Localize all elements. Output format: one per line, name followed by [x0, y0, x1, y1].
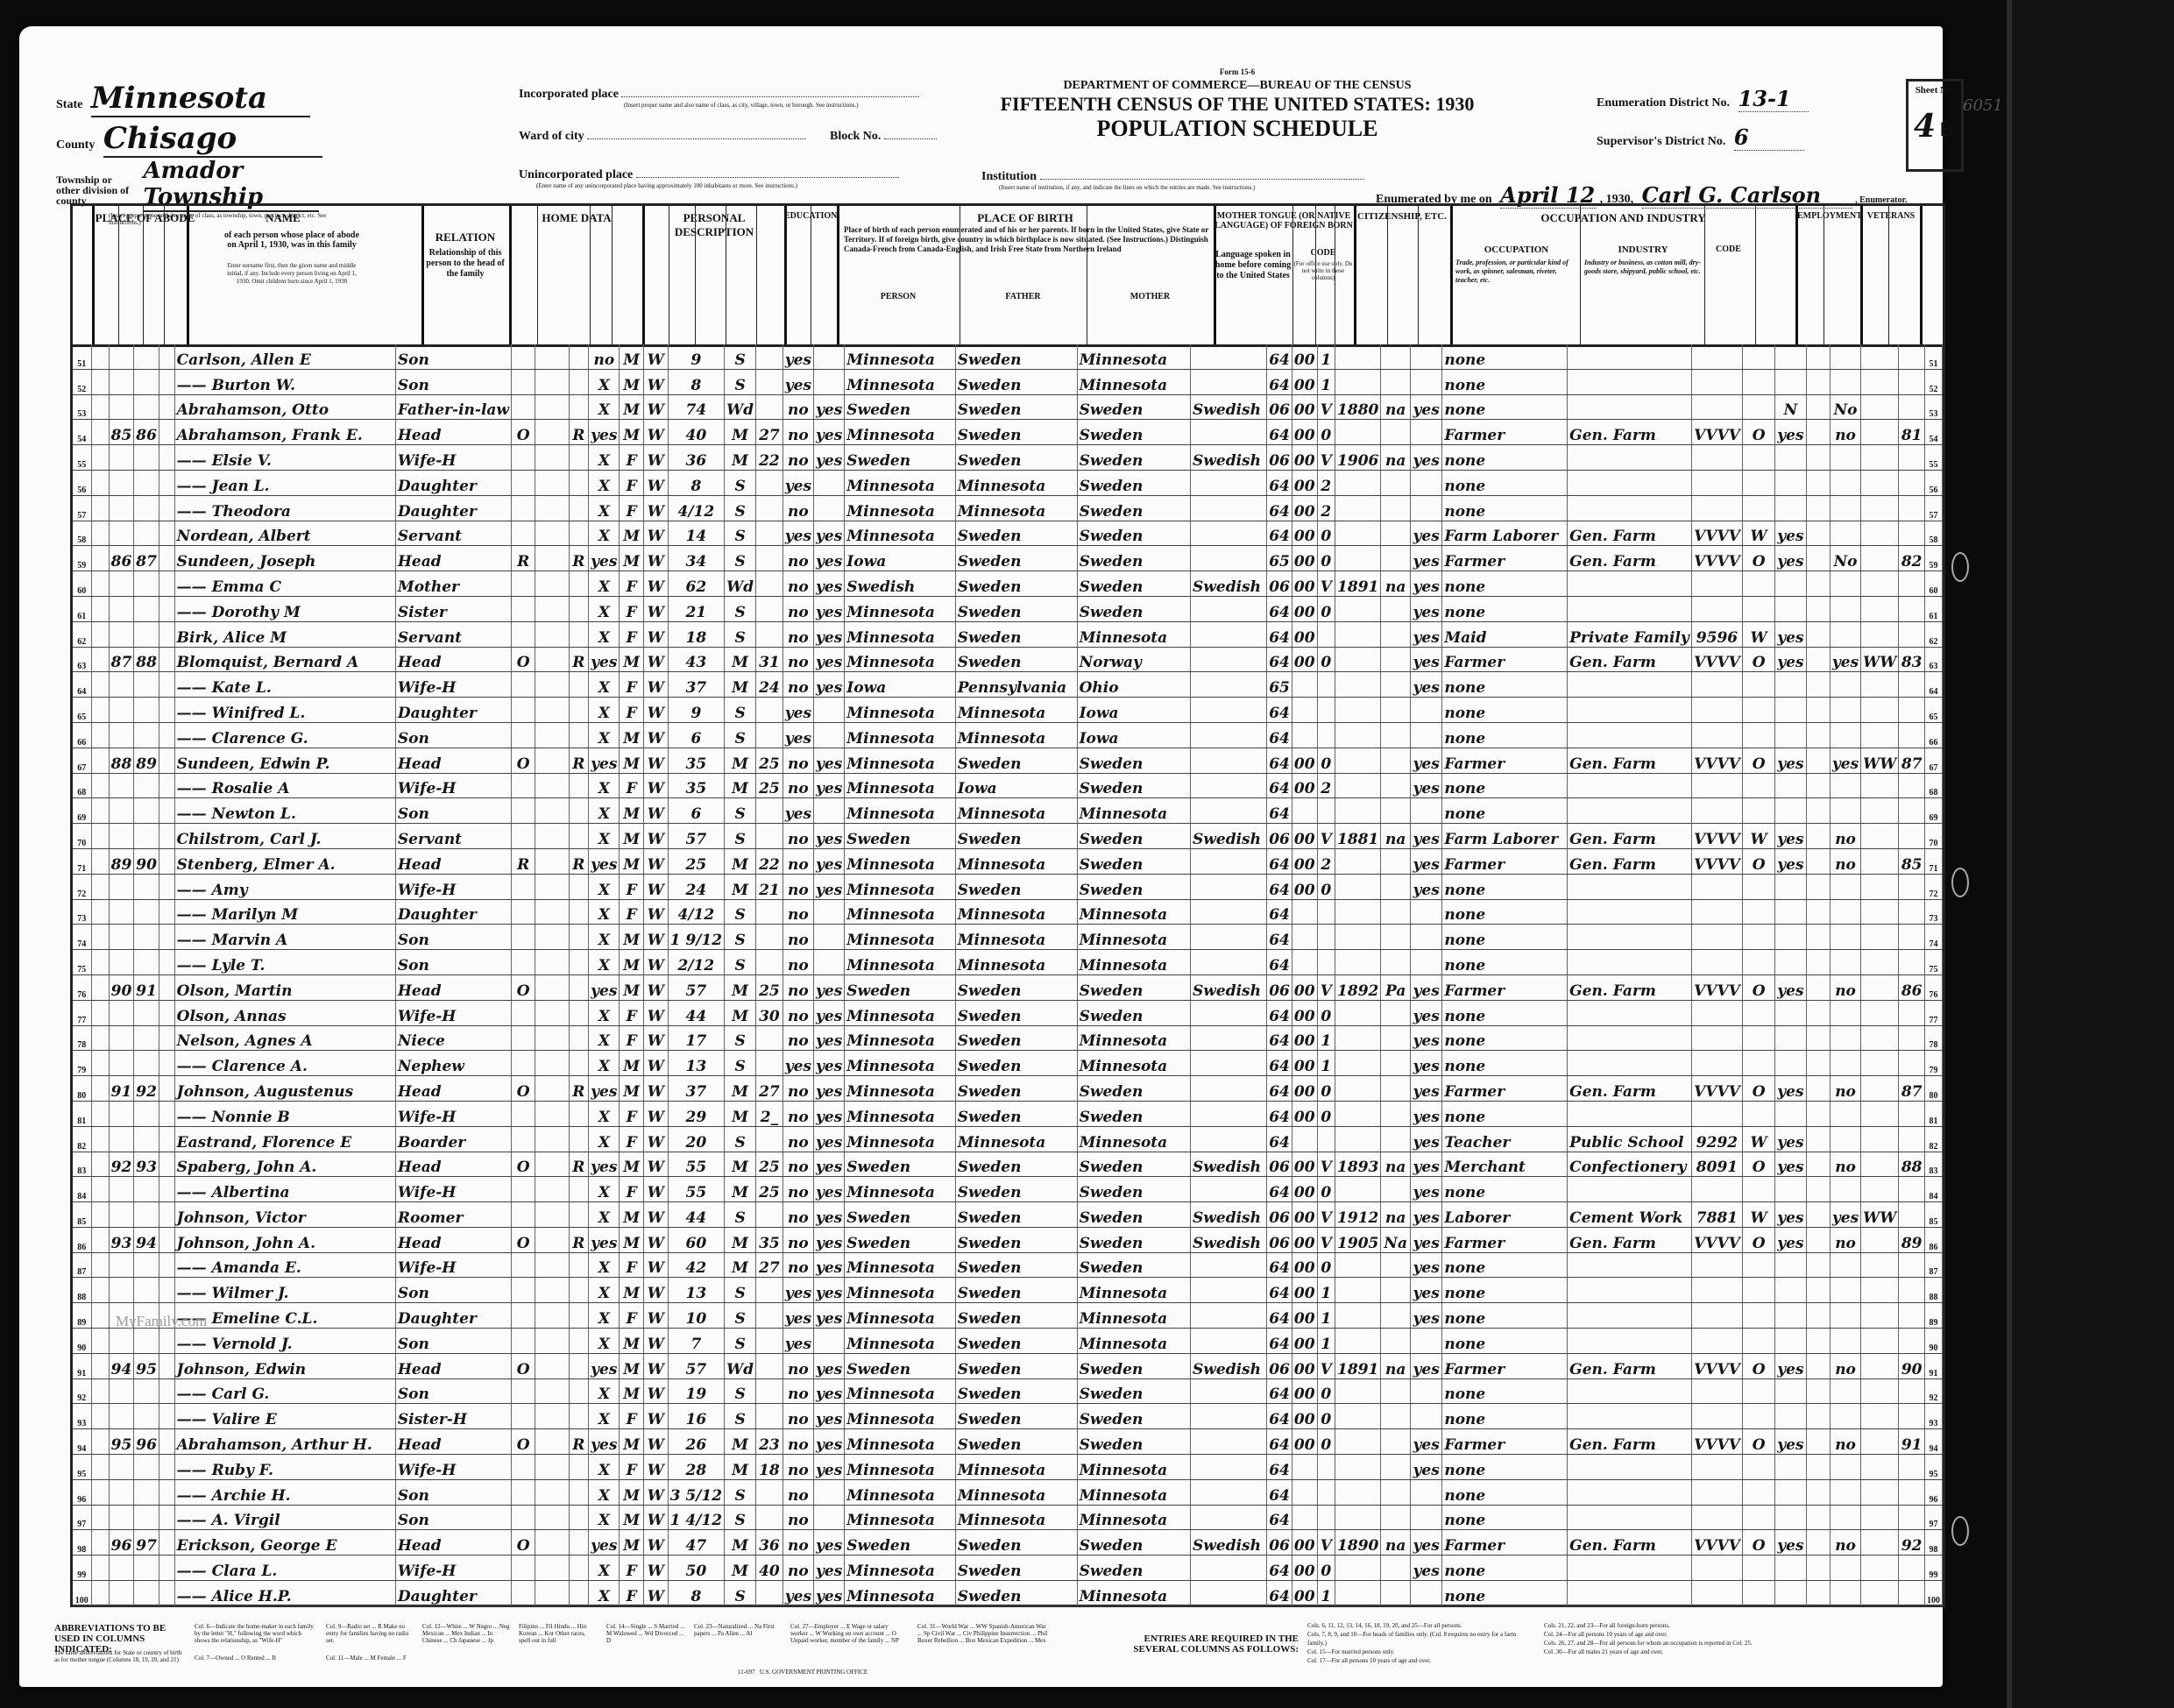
cell-code	[1692, 899, 1743, 925]
cell-work: yes	[1775, 546, 1806, 571]
cell-line: 51	[1925, 344, 1943, 369]
cell-farm: X	[589, 773, 620, 798]
cell-nat	[1381, 1429, 1411, 1455]
cell-age: 6	[668, 722, 724, 748]
cell-race: W	[643, 596, 668, 621]
cell-cb: 00	[1292, 1329, 1317, 1354]
cell-unemp	[1806, 344, 1830, 369]
cell-age: 60	[668, 1227, 724, 1252]
cell-radio	[569, 596, 589, 621]
unincorporated-place-field: Unincorporated place (Enter name of any …	[519, 168, 899, 189]
cell-age: 8	[668, 470, 724, 495]
supervisor-district-field: Supervisor's District No. 6	[1597, 124, 1804, 151]
blank-cell	[159, 1126, 174, 1152]
cell-code	[1692, 698, 1743, 723]
cell-fam	[134, 824, 159, 849]
cell-agemar	[756, 596, 783, 621]
cell-work	[1775, 1177, 1806, 1202]
enumeration-district-field: Enumeration District No. 13-1	[1597, 86, 1809, 112]
cell-farm: X	[589, 824, 620, 849]
cell-cb: 00	[1292, 1556, 1317, 1581]
blank-cell	[91, 1076, 109, 1102]
cell-line: 69	[73, 798, 91, 824]
cell-cls: O	[1742, 1227, 1774, 1252]
cell-radio: R	[569, 1076, 589, 1102]
cell-radio	[569, 521, 589, 546]
cell-farm: no	[589, 344, 620, 369]
cell-ind: Confectionery	[1568, 1152, 1692, 1177]
cell-nat	[1381, 495, 1411, 521]
cell-radio	[569, 1404, 589, 1429]
cell-farm: X	[589, 1025, 620, 1051]
cell-cc	[1317, 1455, 1335, 1480]
cell-read: yes	[814, 773, 845, 798]
cell-war	[1861, 722, 1899, 748]
cell-name: —— Amanda E.	[174, 1252, 395, 1278]
blank-cell	[91, 1329, 109, 1354]
cell-war	[1861, 1378, 1899, 1404]
cell-work	[1775, 1000, 1806, 1025]
cell-read: yes	[814, 1126, 845, 1152]
cell-cb: 00	[1292, 848, 1317, 874]
cell-ca: 64	[1267, 495, 1292, 521]
cell-imm	[1335, 521, 1381, 546]
cell-work	[1775, 899, 1806, 925]
cell-fs	[1899, 1177, 1925, 1202]
cell-cc: 0	[1317, 1101, 1335, 1126]
cell-fam	[134, 495, 159, 521]
cell-ca: 64	[1267, 1303, 1292, 1329]
cell-code	[1692, 1556, 1743, 1581]
cell-work	[1775, 1101, 1806, 1126]
cell-imm	[1335, 1000, 1381, 1025]
cell-bf: Sweden	[955, 1177, 1077, 1202]
cell-occ: none	[1442, 1101, 1568, 1126]
cell-read: yes	[814, 521, 845, 546]
cell-line: 52	[1925, 369, 1943, 394]
cell-home	[512, 1278, 535, 1303]
cell-cls: O	[1742, 1429, 1774, 1455]
cell-eng	[1411, 1505, 1442, 1530]
cell-eng: yes	[1411, 571, 1442, 597]
cell-nat	[1381, 672, 1411, 698]
cell-dw: 89	[109, 848, 134, 874]
ward-field: Ward of city	[519, 130, 806, 144]
cell-sex: F	[620, 899, 644, 925]
cell-imm	[1335, 1177, 1381, 1202]
cell-code: 8091	[1692, 1152, 1743, 1177]
cell-cc: V	[1317, 974, 1335, 1000]
cell-unemp	[1806, 420, 1830, 445]
cell-bm: Sweden	[1077, 1152, 1190, 1177]
cell-eng: yes	[1411, 1530, 1442, 1556]
cell-line: 63	[1925, 647, 1943, 672]
cell-bp: Minnesota	[845, 420, 955, 445]
cell-sex: M	[620, 546, 644, 571]
cell-bf: Minnesota	[955, 722, 1077, 748]
cell-val	[535, 1479, 569, 1505]
cell-war	[1861, 546, 1899, 571]
cell-radio	[569, 344, 589, 369]
cell-bm: Sweden	[1077, 748, 1190, 773]
cell-val	[535, 445, 569, 471]
cell-race: W	[643, 824, 668, 849]
cell-race: W	[643, 1025, 668, 1051]
cell-age: 25	[668, 848, 724, 874]
cell-bm: Iowa	[1077, 722, 1190, 748]
cell-sex: M	[620, 344, 644, 369]
cell-tongue	[1190, 1177, 1266, 1202]
cell-tongue	[1190, 420, 1266, 445]
cell-bp: Minnesota	[845, 950, 955, 975]
cell-fs	[1899, 698, 1925, 723]
table-row: 75—— Lyle T.SonXMW2/12SnoMinnesotaMinnes…	[73, 950, 1943, 975]
cell-race: W	[643, 1455, 668, 1480]
table-row: 56—— Jean L.DaughterXFW8SyesMinnesotaMin…	[73, 470, 1943, 495]
cell-cc: 1	[1317, 1278, 1335, 1303]
cell-val	[535, 1101, 569, 1126]
cell-bm: Sweden	[1077, 773, 1190, 798]
cell-ind: Gen. Farm	[1568, 1227, 1692, 1252]
cell-bf: Sweden	[955, 521, 1077, 546]
cell-fam	[134, 470, 159, 495]
punch-hole	[1951, 1516, 1969, 1546]
table-row: 97—— A. VirgilSonXMW1 4/12SnoMinnesotaMi…	[73, 1505, 1943, 1530]
cell-dw: 94	[109, 1353, 134, 1378]
cell-tongue	[1190, 470, 1266, 495]
cell-nat: na	[1381, 394, 1411, 420]
cell-bm: Sweden	[1077, 571, 1190, 597]
cell-bp: Minnesota	[845, 1076, 955, 1102]
table-row: 949596Abrahamson, Arthur H.HeadORyesMW26…	[73, 1429, 1943, 1455]
cell-age: 2/12	[668, 950, 724, 975]
blank-cell	[91, 1227, 109, 1252]
cell-age: 29	[668, 1101, 724, 1126]
cell-unemp	[1806, 1101, 1830, 1126]
cell-cls	[1742, 798, 1774, 824]
cell-farm: X	[589, 1177, 620, 1202]
blank-cell	[91, 1126, 109, 1152]
cell-cc: 2	[1317, 495, 1335, 521]
cell-bp: Minnesota	[845, 925, 955, 950]
cell-imm	[1335, 722, 1381, 748]
cell-school: no	[782, 445, 813, 471]
cell-sex: F	[620, 1126, 644, 1152]
cell-home	[512, 722, 535, 748]
cell-occ: none	[1442, 1505, 1568, 1530]
cell-age: 8	[668, 1581, 724, 1606]
blank-cell	[159, 848, 174, 874]
cell-nat	[1381, 1177, 1411, 1202]
cell-age: 4/12	[668, 899, 724, 925]
cell-code	[1692, 950, 1743, 975]
cell-dw	[109, 874, 134, 899]
cell-read: yes	[814, 420, 845, 445]
cell-fs	[1899, 1479, 1925, 1505]
cell-imm	[1335, 647, 1381, 672]
cell-bf: Sweden	[955, 445, 1077, 471]
cell-dw	[109, 1329, 134, 1354]
cell-agemar	[756, 1404, 783, 1429]
cell-fam	[134, 1101, 159, 1126]
cell-race: W	[643, 1505, 668, 1530]
cell-code	[1692, 1404, 1743, 1429]
cell-line: 65	[73, 698, 91, 723]
blank-cell	[91, 1505, 109, 1530]
cell-cb: 00	[1292, 1152, 1317, 1177]
cell-cb: 00	[1292, 824, 1317, 849]
cell-agemar	[756, 1025, 783, 1051]
cell-cc: 0	[1317, 1556, 1335, 1581]
cell-name: Johnson, John A.	[174, 1227, 395, 1252]
cell-line: 57	[1925, 495, 1943, 521]
cell-occ: none	[1442, 1455, 1568, 1480]
blank-cell	[159, 950, 174, 975]
cell-code	[1692, 1378, 1743, 1404]
cell-farm: X	[589, 1455, 620, 1480]
cell-vet	[1830, 950, 1860, 975]
cell-rel: Head	[395, 1076, 511, 1102]
cell-bm: Minnesota	[1077, 1051, 1190, 1076]
cell-war	[1861, 394, 1899, 420]
cell-work: yes	[1775, 1353, 1806, 1378]
cell-val	[535, 698, 569, 723]
cell-radio	[569, 1556, 589, 1581]
cell-occ: none	[1442, 1404, 1568, 1429]
cell-unemp	[1806, 571, 1830, 597]
cell-age: 3 5/12	[668, 1479, 724, 1505]
cell-imm	[1335, 925, 1381, 950]
cell-nat	[1381, 420, 1411, 445]
cell-war	[1861, 1051, 1899, 1076]
cell-home	[512, 1479, 535, 1505]
cell-line: 100	[73, 1581, 91, 1606]
cell-war: WW	[1861, 1202, 1899, 1228]
cell-farm: X	[589, 1479, 620, 1505]
cell-line: 61	[1925, 596, 1943, 621]
cell-cb: 00	[1292, 571, 1317, 597]
cell-read: yes	[814, 1455, 845, 1480]
cell-ca: 64	[1267, 698, 1292, 723]
cell-ca: 64	[1267, 621, 1292, 647]
cell-mar: S	[725, 1278, 756, 1303]
blank-cell	[159, 1177, 174, 1202]
cell-cc: V	[1317, 1353, 1335, 1378]
cell-code	[1692, 369, 1743, 394]
cell-code: VVVV	[1692, 546, 1743, 571]
cell-fam: 93	[134, 1152, 159, 1177]
cell-fam	[134, 698, 159, 723]
cell-bm: Minnesota	[1077, 899, 1190, 925]
cell-rel: Head	[395, 848, 511, 874]
cell-line: 97	[73, 1505, 91, 1530]
cell-cb: 00	[1292, 1227, 1317, 1252]
cell-name: Erickson, George E	[174, 1530, 395, 1556]
cell-ca: 64	[1267, 596, 1292, 621]
blank-cell	[91, 925, 109, 950]
cell-vet: No	[1830, 394, 1860, 420]
cell-mar: M	[725, 773, 756, 798]
cell-imm	[1335, 1278, 1381, 1303]
header-home-data: HOME DATA	[511, 211, 642, 225]
cell-imm: 1881	[1335, 824, 1381, 849]
cell-age: 37	[668, 672, 724, 698]
cell-school: no	[782, 899, 813, 925]
cell-cls	[1742, 1278, 1774, 1303]
cell-name: —— Valire E	[174, 1404, 395, 1429]
cell-sex: M	[620, 925, 644, 950]
cell-imm	[1335, 1025, 1381, 1051]
cell-race: W	[643, 925, 668, 950]
cell-code: 9596	[1692, 621, 1743, 647]
cell-occ: Farmer	[1442, 1076, 1568, 1102]
cell-mar: M	[725, 1556, 756, 1581]
cell-fam	[134, 1126, 159, 1152]
table-row: 69—— Newton L.SonXMW6SyesMinnesotaMinnes…	[73, 798, 1943, 824]
cell-race: W	[643, 773, 668, 798]
table-row: 79—— Clarence A.NephewXMW13SyesyesMinnes…	[73, 1051, 1943, 1076]
cell-work: yes	[1775, 848, 1806, 874]
cell-cb: 00	[1292, 1378, 1317, 1404]
cell-war	[1861, 1581, 1899, 1606]
cell-fs	[1899, 950, 1925, 975]
cell-bm: Minnesota	[1077, 1479, 1190, 1505]
cell-val	[535, 420, 569, 445]
cell-work	[1775, 571, 1806, 597]
cell-line: 99	[1925, 1556, 1943, 1581]
cell-bf: Minnesota	[955, 1479, 1077, 1505]
cell-bm: Sweden	[1077, 1177, 1190, 1202]
cell-school: no	[782, 394, 813, 420]
cell-bp: Minnesota	[845, 899, 955, 925]
cell-bm: Sweden	[1077, 1353, 1190, 1378]
cell-cls: O	[1742, 848, 1774, 874]
cell-ind: Private Family	[1568, 621, 1692, 647]
cell-age: 57	[668, 974, 724, 1000]
cell-bm: Sweden	[1077, 470, 1190, 495]
cell-imm	[1335, 1252, 1381, 1278]
cell-line: 96	[1925, 1479, 1943, 1505]
cell-line: 98	[73, 1530, 91, 1556]
cell-bp: Sweden	[845, 445, 955, 471]
cell-sex: F	[620, 1303, 644, 1329]
cell-nat: na	[1381, 1530, 1411, 1556]
cell-rel: Son	[395, 925, 511, 950]
cell-line: 90	[1925, 1329, 1943, 1354]
cell-mar: S	[725, 798, 756, 824]
cell-val	[535, 1303, 569, 1329]
cell-tongue	[1190, 1252, 1266, 1278]
cell-mar: M	[725, 848, 756, 874]
cell-bf: Sweden	[955, 1025, 1077, 1051]
cell-cb	[1292, 798, 1317, 824]
cell-nat	[1381, 899, 1411, 925]
cell-name: Abrahamson, Frank E.	[174, 420, 395, 445]
cell-cc	[1317, 621, 1335, 647]
cell-cb	[1292, 1455, 1317, 1480]
cell-bp: Minnesota	[845, 798, 955, 824]
cell-nat	[1381, 344, 1411, 369]
cell-ind	[1568, 1505, 1692, 1530]
cell-read	[814, 798, 845, 824]
cell-tongue: Swedish	[1190, 824, 1266, 849]
cell-work: yes	[1775, 521, 1806, 546]
cell-read	[814, 925, 845, 950]
cell-race: W	[643, 1303, 668, 1329]
cell-eng: yes	[1411, 848, 1442, 874]
cell-unemp	[1806, 1025, 1830, 1051]
cell-work	[1775, 1404, 1806, 1429]
cell-mar: M	[725, 420, 756, 445]
cell-vet: no	[1830, 1152, 1860, 1177]
cell-home	[512, 1556, 535, 1581]
blank-cell	[159, 698, 174, 723]
cell-nat	[1381, 950, 1411, 975]
cell-cls: W	[1742, 621, 1774, 647]
cell-rel: Son	[395, 369, 511, 394]
cell-farm: X	[589, 1378, 620, 1404]
cell-radio	[569, 1177, 589, 1202]
cell-nat: na	[1381, 445, 1411, 471]
cell-vet: no	[1830, 420, 1860, 445]
cell-line: 75	[73, 950, 91, 975]
cell-fs	[1899, 1455, 1925, 1480]
cell-farm: yes	[589, 420, 620, 445]
cell-radio: R	[569, 647, 589, 672]
cell-age: 1 4/12	[668, 1505, 724, 1530]
cell-vet: yes	[1830, 1202, 1860, 1228]
cell-mar: S	[725, 495, 756, 521]
cell-work	[1775, 445, 1806, 471]
blank-cell	[159, 798, 174, 824]
cell-fs: 87	[1899, 1076, 1925, 1102]
cell-name: —— Archie H.	[174, 1479, 395, 1505]
cell-dw: 90	[109, 974, 134, 1000]
cell-unemp	[1806, 1505, 1830, 1530]
header-place-of-abode: PLACE OF ABODE	[90, 211, 200, 225]
cell-farm: X	[589, 950, 620, 975]
cell-rel: Wife-H	[395, 1000, 511, 1025]
cell-line: 58	[73, 521, 91, 546]
cell-val	[535, 1000, 569, 1025]
cell-mar: M	[725, 445, 756, 471]
cell-ca: 06	[1267, 1530, 1292, 1556]
cell-school: no	[782, 546, 813, 571]
cell-age: 57	[668, 1353, 724, 1378]
cell-val	[535, 394, 569, 420]
cell-bm: Sweden	[1077, 1556, 1190, 1581]
cell-vet	[1830, 1378, 1860, 1404]
cell-imm	[1335, 1101, 1381, 1126]
cell-radio	[569, 824, 589, 849]
cell-fam	[134, 596, 159, 621]
cell-cls	[1742, 1252, 1774, 1278]
blank-cell	[91, 1278, 109, 1303]
cell-dw	[109, 798, 134, 824]
cell-cb: 00	[1292, 1177, 1317, 1202]
cell-age: 21	[668, 596, 724, 621]
blank-cell	[159, 1329, 174, 1354]
cell-unemp	[1806, 773, 1830, 798]
cell-ca: 64	[1267, 1378, 1292, 1404]
cell-bf: Sweden	[955, 874, 1077, 899]
cell-home	[512, 1202, 535, 1228]
cell-val	[535, 874, 569, 899]
cell-work	[1775, 925, 1806, 950]
cell-read: yes	[814, 1025, 845, 1051]
cell-rel: Daughter	[395, 1581, 511, 1606]
cell-bf: Sweden	[955, 1556, 1077, 1581]
